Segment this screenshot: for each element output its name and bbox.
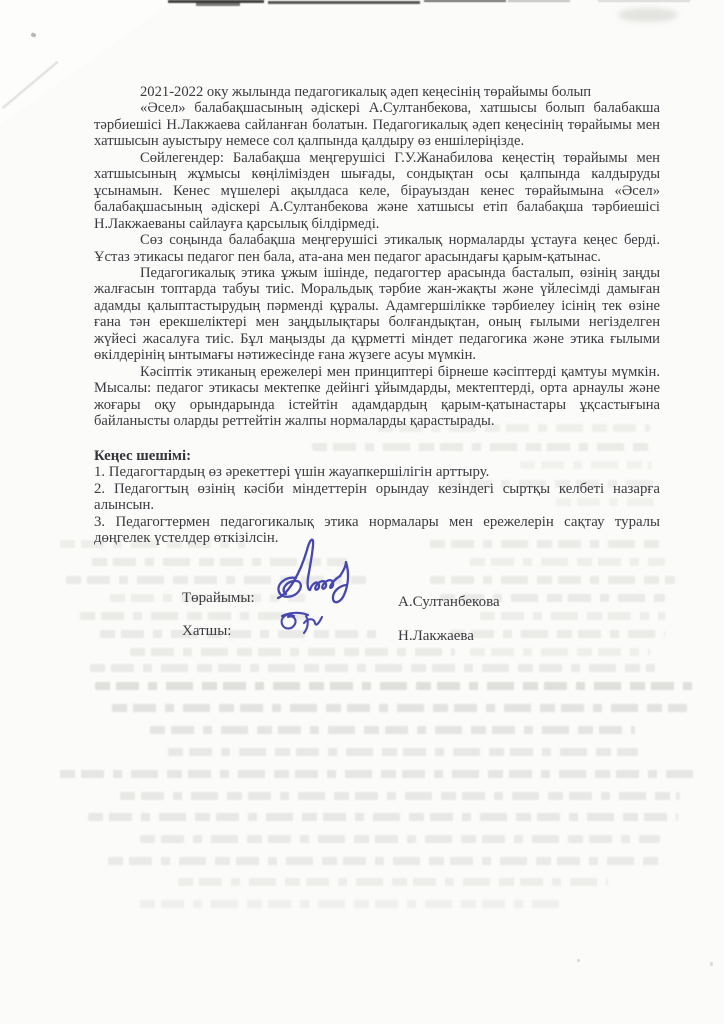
paragraph-speakers: Сөйлегендер: Балабақша меңгерушісі Г.У.Ж… — [94, 150, 660, 232]
bleed-through-row — [88, 813, 678, 821]
scan-edge-artifact — [268, 1, 420, 4]
bleed-through-row — [95, 682, 700, 690]
bleed-through-row — [120, 792, 680, 800]
bleed-through-row — [60, 770, 695, 778]
bleed-through-row — [112, 704, 687, 712]
scanned-document-page: 2021-2022 оку жылында педагогикалық әдеп… — [0, 0, 724, 1024]
chairwoman-label: Төрайымы: — [182, 590, 255, 607]
bleed-through-row — [66, 576, 366, 584]
paragraph-election: «Әсел» балабақшасының әдіскері А.Султанб… — [94, 100, 660, 149]
bleed-through-row — [80, 612, 315, 620]
bleed-through-row — [108, 857, 663, 865]
scan-edge-artifact — [424, 0, 506, 2]
bleed-through-row — [90, 664, 655, 672]
decision-item-3: 3. Педагогтермен педагогикалық этика нор… — [94, 514, 660, 547]
scan-edge-artifact — [598, 0, 690, 2]
bleed-through-row — [140, 835, 660, 843]
decision-item-2: 2. Педагогтың өзінің кәсіби міндеттерін … — [94, 481, 660, 514]
bleed-through-row — [140, 900, 560, 908]
bleed-through-row — [430, 576, 675, 584]
paragraph-opening: 2021-2022 оку жылында педагогикалық әдеп… — [94, 84, 660, 100]
secretary-signature-ink — [278, 608, 328, 638]
decision-section: Кеңес шешімі: 1. Педагогтардың өз әрекет… — [94, 448, 660, 547]
bleed-through-row — [100, 630, 385, 638]
scan-edge-artifact — [508, 0, 570, 2]
scan-speck — [577, 959, 580, 962]
document-body: 2021-2022 оку жылында педагогикалық әдеп… — [94, 84, 660, 430]
chairwoman-name: А.Султанбекова — [398, 594, 500, 611]
scan-smudge — [618, 8, 678, 22]
scan-edge-artifact — [196, 2, 240, 6]
paragraph-professional-ethics: Кәсіптік этиканың ережелері мен принципт… — [94, 364, 660, 430]
bleed-through-row — [450, 630, 665, 638]
paragraph-ethics-advice: Сөз соңында балабақша меңгерушісі этикал… — [94, 232, 660, 265]
bleed-through-row — [168, 748, 638, 756]
scan-speck — [710, 962, 713, 966]
bleed-through-row — [150, 726, 635, 734]
bleed-through-row — [470, 558, 665, 566]
bleed-through-row — [178, 878, 608, 886]
bleed-through-row — [92, 558, 347, 566]
bleed-through-row — [470, 648, 650, 656]
bleed-through-row — [130, 648, 455, 656]
decision-heading: Кеңес шешімі: — [94, 448, 660, 464]
decision-item-1: 1. Педагогтардың өз әрекеттері үшін жауа… — [94, 464, 660, 480]
secretary-name: Н.Лакжаева — [398, 628, 474, 645]
paragraph-pedagogical-ethics: Педагогикалық этика ұжым ішінде, педагог… — [94, 265, 660, 364]
secretary-label: Хатшы: — [182, 623, 231, 640]
bleed-through-row — [480, 612, 665, 620]
